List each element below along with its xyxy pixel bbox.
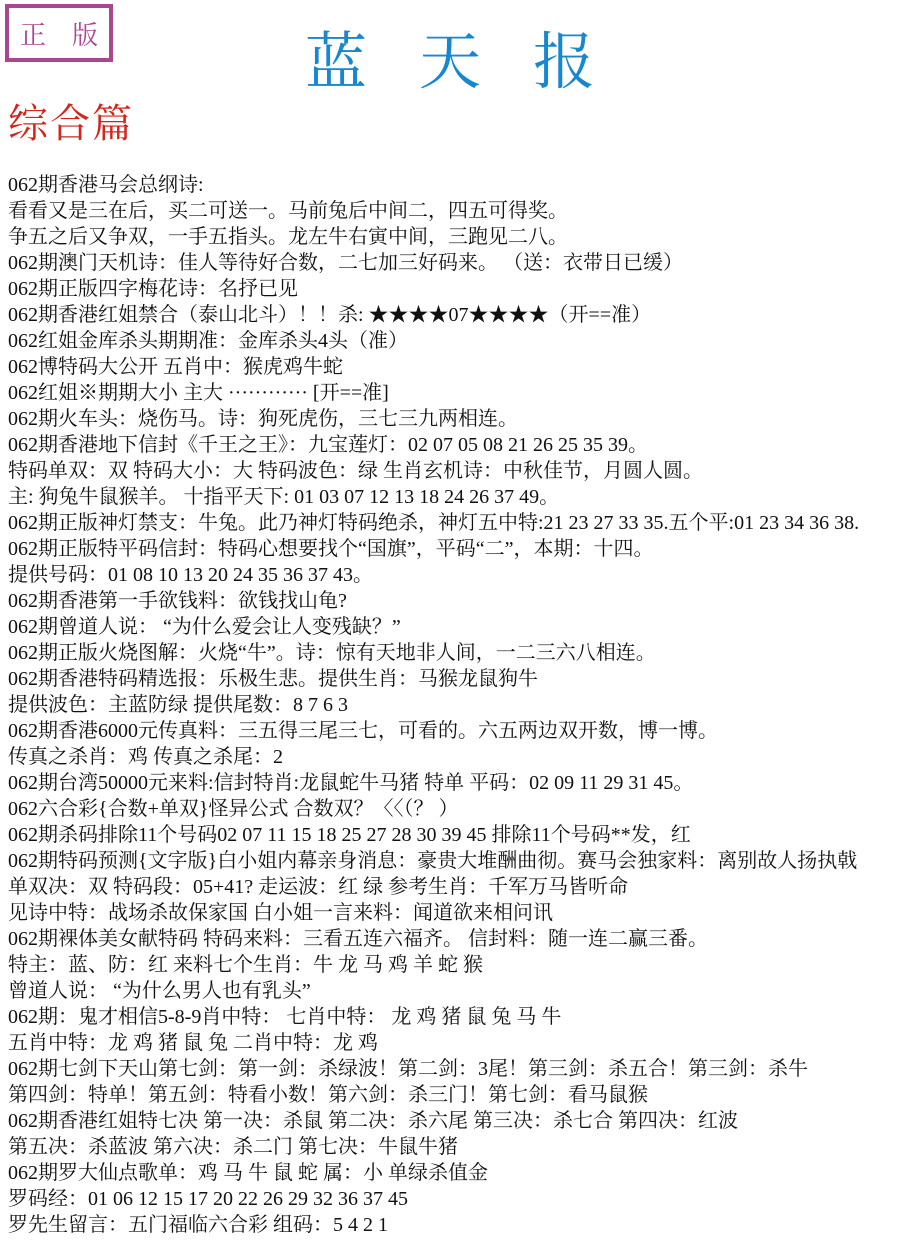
- body-line: 争五之后又争双，一手五指头。龙左牛右寅中间，三跑见二八。: [8, 224, 900, 250]
- body-line: 062期香港红姐特七决 第一决：杀鼠 第二决：杀六尾 第三决：杀七合 第四决：红…: [8, 1108, 900, 1134]
- body-line: 062六合彩{合数+单双}怪异公式 合数双？〈〈（？ ）: [8, 796, 900, 822]
- body-line: 062期香港马会总纲诗:: [8, 172, 900, 198]
- body-line: 062期香港红姐禁合（泰山北斗）！！杀: ★★★★07★★★★（开==准）: [8, 302, 900, 328]
- body-line: 第五决：杀蓝波 第六决：杀二门 第七决：牛鼠牛猪: [8, 1134, 900, 1160]
- section-title: 综合篇: [8, 92, 134, 149]
- body-line: 062期杀码排除11个号码02 07 11 15 18 25 27 28 30 …: [8, 822, 900, 848]
- body-line: 曾道人说： “为什么男人也有乳头”: [8, 978, 900, 1004]
- newspaper-page: 正版 蓝天报 综合篇 062期香港马会总纲诗:看看又是三在后，买二可送一。马前兔…: [0, 0, 900, 1243]
- body-line: 第四剑：特单！第五剑：特看小数！第六剑：杀三门！第七剑：看马鼠猴: [8, 1082, 900, 1108]
- body-line: 062期火车头：烧伤马。诗：狗死虎伤，三七三九两相连。: [8, 406, 900, 432]
- body-line: 传真之杀肖：鸡 传真之杀尾：2: [8, 744, 900, 770]
- body-line: 062期七剑下天山第七剑：第一剑：杀绿波！第二剑：3尾！第三剑：杀五合！第三剑：…: [8, 1056, 900, 1082]
- body-line: 062期澳门天机诗：佳人等待好合数，二七加三好码来。 （送：衣带日已缓）: [8, 250, 900, 276]
- body-line: 062期裸体美女献特码 特码来料：三看五连六福齐。 信封料：随一连二赢三番。: [8, 926, 900, 952]
- body-line: 062期正版火烧图解：火烧“牛”。诗：惊有天地非人间，一二三六八相连。: [8, 640, 900, 666]
- body-line: 062期香港地下信封《千王之王》：九宝莲灯：02 07 05 08 21 26 …: [8, 432, 900, 458]
- body-text: 062期香港马会总纲诗:看看又是三在后，买二可送一。马前兔后中间二，四五可得奖。…: [8, 172, 900, 1238]
- body-line: 五肖中特：龙 鸡 猪 鼠 兔 二肖中特：龙 鸡: [8, 1030, 900, 1056]
- body-line: 特码单双：双 特码大小：大 特码波色：绿 生肖玄机诗：中秋佳节，月圆人圆。: [8, 458, 900, 484]
- body-line: 062期香港第一手欲钱料：欲钱找山龟?: [8, 588, 900, 614]
- body-line: 062期香港6000元传真料：三五得三尾三七，可看的。六五两边双开数，博一博。: [8, 718, 900, 744]
- body-line: 特主：蓝、防：红 来料七个生肖：牛 龙 马 鸡 羊 蛇 猴: [8, 952, 900, 978]
- body-line: 单双决：双 特码段：05+41? 走运波：红 绿 参考生肖：千军万马皆听命: [8, 874, 900, 900]
- body-line: 062红姐※期期大小 主大 ············ [开==准]: [8, 380, 900, 406]
- body-line: 看看又是三在后，买二可送一。马前兔后中间二，四五可得奖。: [8, 198, 900, 224]
- body-line: 062期台湾50000元来料:信封特肖:龙鼠蛇牛马猪 特单 平码：02 09 1…: [8, 770, 900, 796]
- body-line: 罗码经：01 06 12 15 17 20 22 26 29 32 36 37 …: [8, 1186, 900, 1212]
- body-line: 062期正版特平码信封：特码心想要找个“国旗”，平码“二”，本期：十四。: [8, 536, 900, 562]
- body-line: 062博特码大公开 五肖中：猴虎鸡牛蛇: [8, 354, 900, 380]
- body-line: 罗先生留言：五门福临六合彩 组码：5 4 2 1: [8, 1212, 900, 1238]
- newspaper-title: 蓝天报: [0, 12, 900, 101]
- body-line: 062期正版四字梅花诗：名抒已见: [8, 276, 900, 302]
- body-line: 主: 狗兔牛鼠猴羊。 十指平天下: 01 03 07 12 13 18 24 2…: [8, 484, 900, 510]
- body-line: 见诗中特：战场杀故保家国 白小姐一言来料：闻道欲来相问讯: [8, 900, 900, 926]
- body-line: 062期特码预测{文字版}白小姐内幕亲身消息：豪贵大堆酬曲彻。赛马会独家料：离别…: [8, 848, 900, 874]
- body-line: 062期罗大仙点歌单：鸡 马 牛 鼠 蛇 属：小 单绿杀值金: [8, 1160, 900, 1186]
- body-line: 062期香港特码精选报：乐极生悲。提供生肖：马猴龙鼠狗牛: [8, 666, 900, 692]
- body-line: 提供号码：01 08 10 13 20 24 35 36 37 43。: [8, 562, 900, 588]
- body-line: 062红姐金库杀头期期准：金库杀头4头（准）: [8, 328, 900, 354]
- body-line: 062期：鬼才相信5-8-9肖中特： 七肖中特： 龙 鸡 猪 鼠 兔 马 牛: [8, 1004, 900, 1030]
- body-line: 062期曾道人说： “为什么爱会让人变残缺？”: [8, 614, 900, 640]
- body-line: 062期正版神灯禁支：牛兔。此乃神灯特码绝杀，神灯五中特:21 23 27 33…: [8, 510, 900, 536]
- body-line: 提供波色：主蓝防绿 提供尾数：8 7 6 3: [8, 692, 900, 718]
